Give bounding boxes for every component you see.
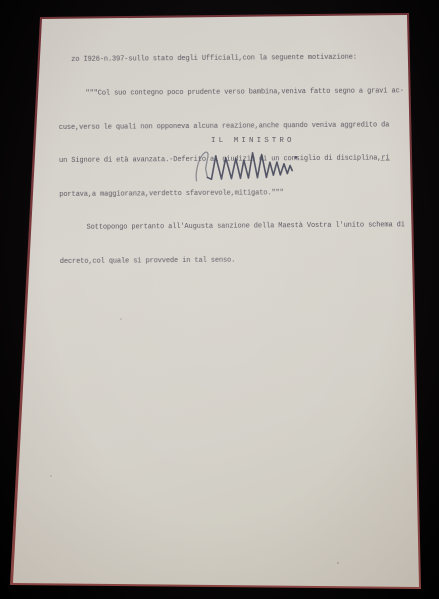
typed-line: Sottopongo pertanto all'Augusta sanzione…	[59, 221, 405, 235]
typed-line: """Col suo contegno poco prudente verso …	[58, 86, 404, 100]
typed-line: cuse,verso le quali non opponeva alcuna …	[59, 120, 405, 134]
paper-speck	[50, 475, 52, 477]
typed-line: portava,a maggioranza,verdetto sfavorevo…	[59, 187, 405, 201]
paper-speck	[337, 562, 339, 564]
photo-of-document: { "palette": { "background": "#000000", …	[0, 0, 439, 599]
typed-line: zo I926-n.397-sullo stato degli Ufficial…	[58, 53, 404, 67]
paper-speck	[120, 318, 122, 320]
minister-signature	[190, 143, 307, 187]
typed-line: decreto,col quale si provvede in tal sen…	[60, 254, 406, 268]
